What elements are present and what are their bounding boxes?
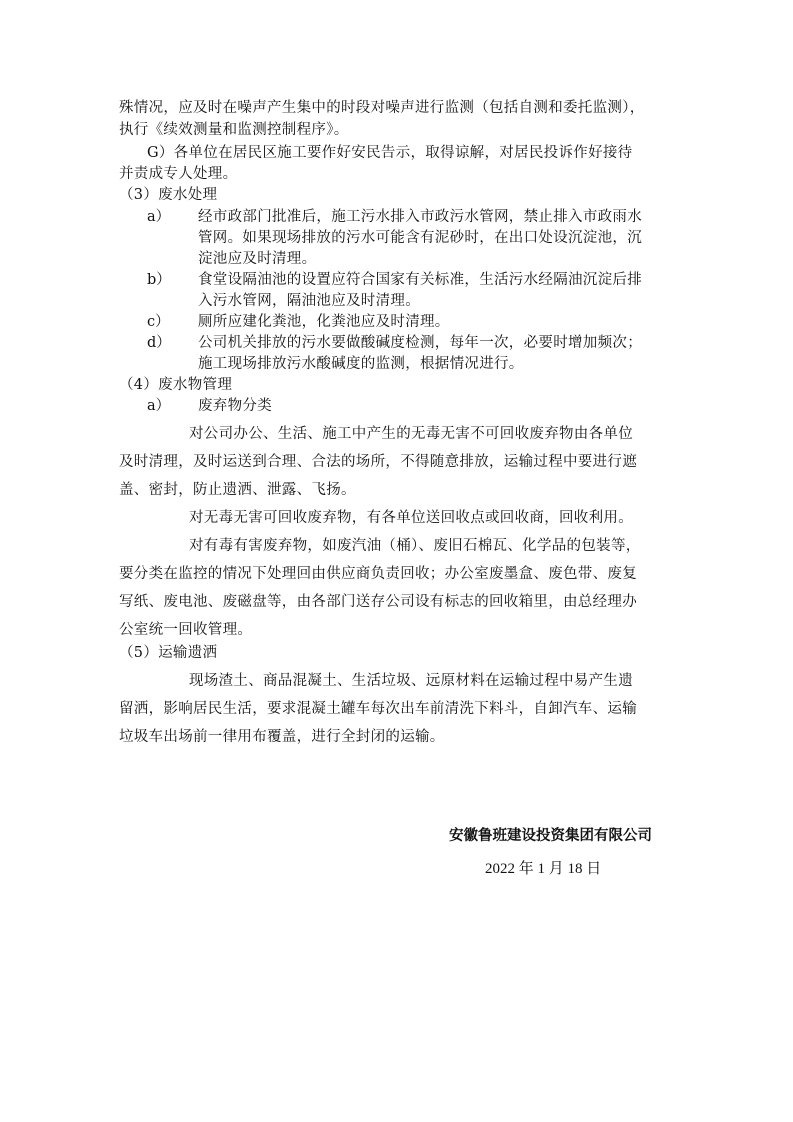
list-item-line: 废弃物分类 <box>198 396 272 416</box>
paragraph-line: 执行《续效测量和监测控制程序》。 <box>119 120 349 140</box>
list-item-line: 施工现场排放污水酸碱度的监测，根据情况进行。 <box>198 354 524 374</box>
paragraph-line: 现场渣土、商品混凝土、生活垃圾、远原材料在运输过程中易产生遗 <box>189 671 633 691</box>
paragraph-line: 并责成专人处理。 <box>119 164 237 184</box>
list-item-line: 管网。如果现场排放的污水可能含有泥砂时，在出口处设沉淀池，沉 <box>198 228 642 248</box>
list-label: a） <box>147 207 170 227</box>
paragraph-line: 对公司办公、生活、施工中产生的无毒无害不可回收废弃物由各单位 <box>189 424 633 444</box>
company-signature: 安徽鲁班建设投资集团有限公司 <box>449 826 652 846</box>
list-item-line: 入污水管网，隔油池应及时清理。 <box>198 291 420 311</box>
signature-date: 2022 年 1 月 18 日 <box>485 859 601 879</box>
list-label: a） <box>147 396 170 416</box>
paragraph-line: 留洒，影响居民生活，要求混凝土罐车每次出车前清洗下料斗，自卸汽车、运输 <box>119 699 637 719</box>
paragraph-line: 写纸、废电池、废磁盘等，由各部门送存公司设有标志的回收箱里，由总经理办 <box>119 592 637 612</box>
paragraph-line: 要分类在监控的情况下处理回由供应商负责回收；办公室废墨盒、废色带、废复 <box>119 564 637 584</box>
list-item-line: 食堂设隔油池的设置应符合国家有关标准，生活污水经隔油沉淀后排 <box>198 270 642 290</box>
section-heading: （5）运输遗洒 <box>119 643 217 663</box>
list-item-line: 经市政部门批准后，施工污水排入市政污水管网，禁止排入市政雨水 <box>198 207 642 227</box>
list-item-line: 公司机关排放的污水要做酸碱度检测，每年一次，必要时增加频次； <box>198 333 642 353</box>
list-label: b） <box>147 270 171 290</box>
section-heading: （3）废水处理 <box>119 185 217 205</box>
paragraph-line: 对无毒无害可回收废弃物，有各单位送回收点或回收商，回收利用。 <box>189 508 633 528</box>
list-label: d） <box>147 333 171 353</box>
paragraph-line: 及时清理，及时运送到合理、合法的场所，不得随意排放，运输过程中要进行遮 <box>119 452 637 472</box>
paragraph-line: 公室统一回收管理。 <box>119 620 252 640</box>
paragraph-line: 盖、密封，防止遗洒、泄露、飞扬。 <box>119 480 356 500</box>
list-item-line: 淀池应及时清理。 <box>198 249 316 269</box>
list-item-line: 厕所应建化粪池，化粪池应及时清理。 <box>198 312 450 332</box>
section-heading: （4）废水物管理 <box>119 375 232 395</box>
list-label: c） <box>147 312 170 332</box>
paragraph-line: 垃圾车出场前一律用布覆盖，进行全封闭的运输。 <box>119 727 445 747</box>
paragraph-line: 殊情况，应及时在噪声产生集中的时段对噪声进行监测（包括自测和委托监测）， <box>119 98 645 118</box>
paragraph-line: G）各单位在居民区施工要作好安民告示，取得谅解，对居民投诉作好接待 <box>147 143 632 163</box>
paragraph-line: 对有毒有害废弃物，如废汽油（桶）、废旧石棉瓦、化学品的包装等， <box>189 536 641 556</box>
